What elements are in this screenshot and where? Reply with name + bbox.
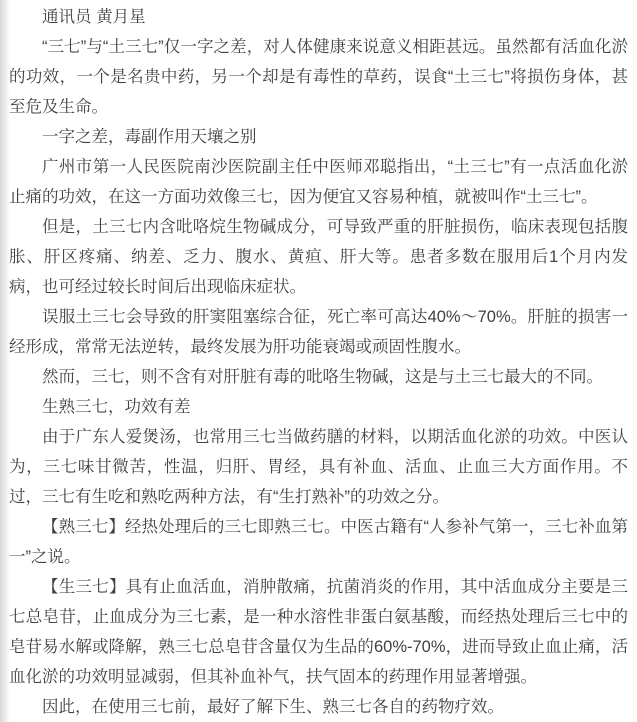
- article-body: 通讯员 黄月星 “三七”与“土三七”仅一字之差，对人体健康来说意义相距甚远。虽然…: [0, 0, 637, 722]
- section-heading-raw-vs-cooked: 生熟三七，功效有差: [9, 392, 628, 422]
- toxicity-symptoms-paragraph: 但是，土三七内含吡咯烷生物碱成分，可导致严重的肝脏损伤，临床表现包括腹胀、肝区疼…: [9, 212, 628, 302]
- intro-paragraph: “三七”与“土三七”仅一字之差，对人体健康来说意义相距甚远。虽然都有活血化淤的功…: [9, 32, 628, 122]
- cooked-sanqi-paragraph: 【熟三七】经热处理后的三七即熟三七。中医古籍有“人参补气第一，三七补血第一”之说…: [9, 512, 628, 572]
- difference-paragraph: 然而，三七，则不含有对肝脏有毒的吡咯生物碱，这是与土三七最大的不同。: [9, 362, 628, 392]
- raw-sanqi-paragraph: 【生三七】具有止血活血，消肿散痛，抗菌消炎的作用，其中活血成分主要是三七总皂苷，…: [9, 572, 628, 692]
- expert-paragraph: 广州市第一人民医院南沙医院副主任中医师邓聪指出，“土三七”有一点活血化淤止痛的功…: [9, 152, 628, 212]
- mortality-paragraph: 误服土三七会导致的肝窦阻塞综合征，死亡率可高达40%～70%。肝脏的损害一经形成…: [9, 302, 628, 362]
- section-heading-toxicity: 一字之差，毒副作用天壤之别: [9, 122, 628, 152]
- usage-paragraph: 由于广东人爱煲汤，也常用三七当做药膳的材料，以期活血化淤的功效。中医认为，三七味…: [9, 422, 628, 512]
- conclusion-paragraph: 因此，在使用三七前，最好了解下生、熟三七各自的药物疗效。: [9, 692, 628, 722]
- byline: 通讯员 黄月星: [9, 2, 628, 32]
